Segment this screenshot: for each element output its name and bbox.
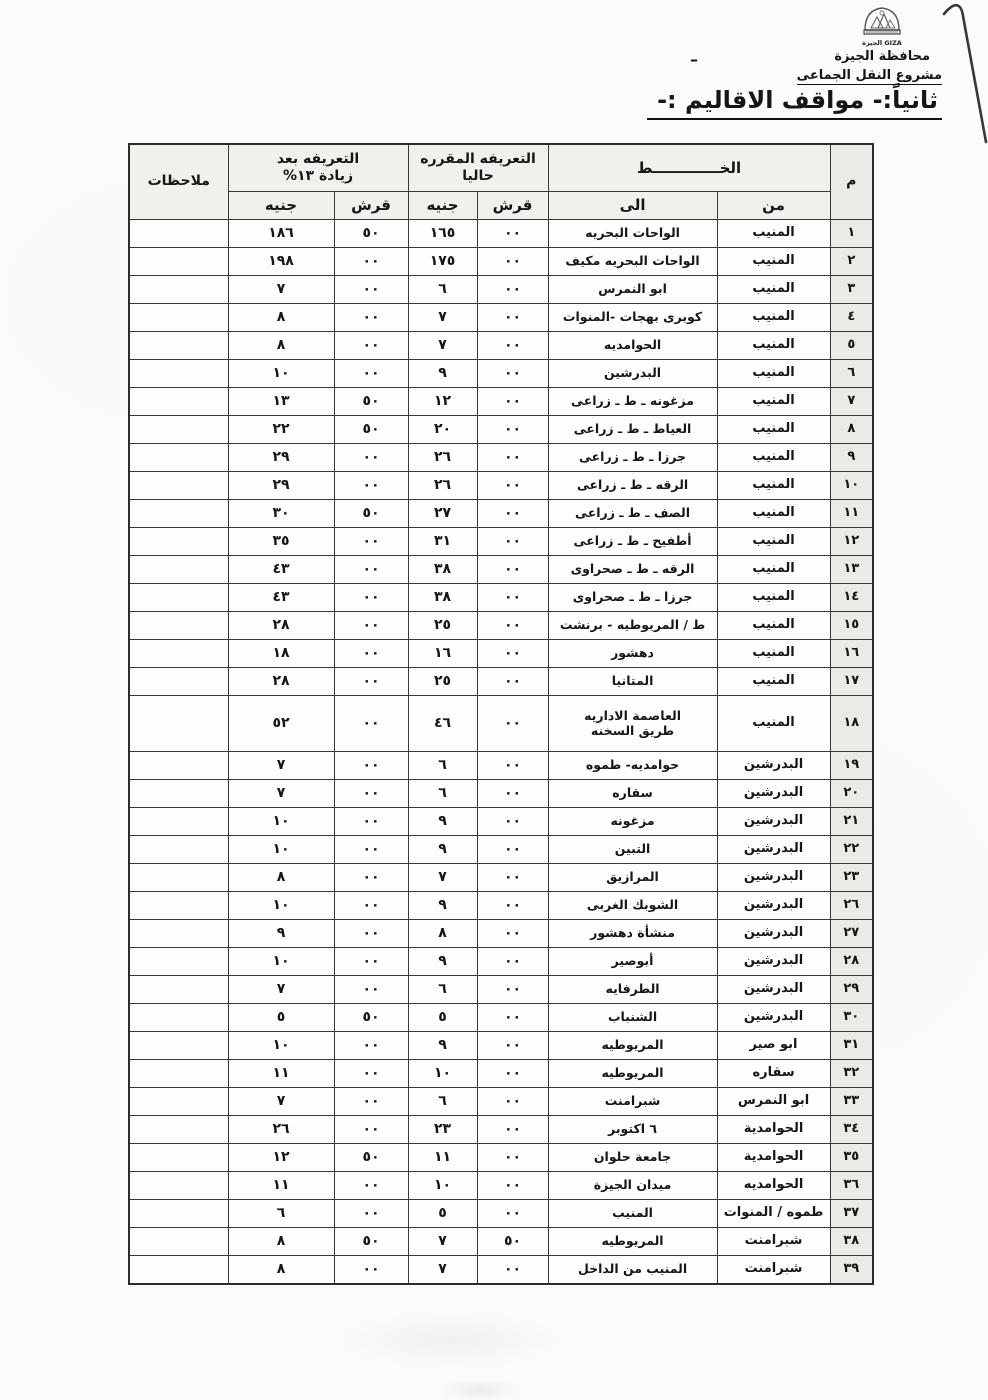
table-row: ١٣المنيبالرقه ـ ط ـ صحراوى٠٠٣٨٠٠٤٣ bbox=[129, 556, 873, 584]
cell-current-pounds: ٧ bbox=[408, 1228, 477, 1256]
cell-new-pounds: ٨ bbox=[228, 864, 334, 892]
cell-to: المنيب من الداخل bbox=[548, 1256, 717, 1285]
table-row: ١١المنيبالصف ـ ط ـ زراعى٠٠٢٧٥٠٣٠ bbox=[129, 500, 873, 528]
table-row: ٢١البدرشينمزغونه٠٠٩٠٠١٠ bbox=[129, 808, 873, 836]
cell-new-piasters: ٠٠ bbox=[334, 1256, 408, 1285]
letterhead: الجيزة GIZA محافظة الجيزة مشروع النقل ال… bbox=[568, 0, 988, 140]
cell-current-piasters: ٠٠ bbox=[477, 304, 548, 332]
cell-notes bbox=[129, 500, 228, 528]
cell-notes bbox=[129, 556, 228, 584]
cell-index: ٧ bbox=[830, 388, 873, 416]
cell-current-pounds: ٢٦ bbox=[408, 444, 477, 472]
header-new-piasters: قرش bbox=[334, 192, 408, 220]
cell-new-piasters: ٥٠ bbox=[334, 1228, 408, 1256]
header-line-group: الخـــــــــــــط bbox=[548, 144, 830, 192]
cell-new-piasters: ٠٠ bbox=[334, 528, 408, 556]
cell-from: ابو النمرس bbox=[717, 1088, 830, 1116]
cell-to: المريوطيه bbox=[548, 1228, 717, 1256]
cell-current-pounds: ٦ bbox=[408, 752, 477, 780]
cell-to: المنيب bbox=[548, 1200, 717, 1228]
table-row: ٦المنيبالبدرشين٠٠٩٠٠١٠ bbox=[129, 360, 873, 388]
cell-from: البدرشين bbox=[717, 836, 830, 864]
cell-index: ٦ bbox=[830, 360, 873, 388]
table-row: ٣٢سقارهالمريوطيه٠٠١٠٠٠١١ bbox=[129, 1060, 873, 1088]
cell-notes bbox=[129, 584, 228, 612]
cell-new-pounds: ٧ bbox=[228, 780, 334, 808]
cell-current-piasters: ٠٠ bbox=[477, 612, 548, 640]
cell-to: دهشور bbox=[548, 640, 717, 668]
cell-new-pounds: ١٢ bbox=[228, 1144, 334, 1172]
cell-index: ١٨ bbox=[830, 696, 873, 752]
cell-current-piasters: ٠٠ bbox=[477, 864, 548, 892]
header-new-pounds: جنيه bbox=[228, 192, 334, 220]
cell-current-pounds: ٩ bbox=[408, 808, 477, 836]
cell-index: ١٦ bbox=[830, 640, 873, 668]
giza-governorate-logo: الجيزة GIZA bbox=[858, 4, 906, 47]
cell-new-piasters: ٠٠ bbox=[334, 1032, 408, 1060]
cell-to: الشوبك الغربى bbox=[548, 892, 717, 920]
cell-new-pounds: ٧ bbox=[228, 752, 334, 780]
cell-from: المنيب bbox=[717, 276, 830, 304]
cell-current-piasters: ٠٠ bbox=[477, 892, 548, 920]
table-row: ١٥المنيبط / المريوطيه - برنشت٠٠٢٥٠٠٢٨ bbox=[129, 612, 873, 640]
cell-index: ٢١ bbox=[830, 808, 873, 836]
cell-notes bbox=[129, 1228, 228, 1256]
cell-to: العياط ـ ط ـ زراعى bbox=[548, 416, 717, 444]
cell-new-pounds: ١٨٦ bbox=[228, 220, 334, 248]
cell-from: البدرشين bbox=[717, 948, 830, 976]
table-row: ٨المنيبالعياط ـ ط ـ زراعى٠٠٢٠٥٠٢٢ bbox=[129, 416, 873, 444]
cell-to: منشأة دهشور bbox=[548, 920, 717, 948]
cell-new-pounds: ٧ bbox=[228, 976, 334, 1004]
cell-index: ٣٣ bbox=[830, 1088, 873, 1116]
cell-from: شبرامنت bbox=[717, 1228, 830, 1256]
cell-new-piasters: ٠٠ bbox=[334, 304, 408, 332]
cell-new-pounds: ٨ bbox=[228, 1256, 334, 1285]
cell-from: البدرشين bbox=[717, 920, 830, 948]
cell-new-piasters: ٠٠ bbox=[334, 920, 408, 948]
cell-index: ١٢ bbox=[830, 528, 873, 556]
cell-from: البدرشين bbox=[717, 864, 830, 892]
cell-notes bbox=[129, 304, 228, 332]
table-row: ٣المنيبابو النمرس٠٠٦٠٠٧ bbox=[129, 276, 873, 304]
cell-new-pounds: ١١ bbox=[228, 1172, 334, 1200]
cell-from: المنيب bbox=[717, 220, 830, 248]
cell-new-pounds: ١٠ bbox=[228, 892, 334, 920]
cell-new-pounds: ١٠ bbox=[228, 948, 334, 976]
cell-new-pounds: ٢٢ bbox=[228, 416, 334, 444]
cell-index: ٢٦ bbox=[830, 892, 873, 920]
table-row: ٧المنيبمزغونه ـ ط ـ زراعى٠٠١٢٥٠١٣ bbox=[129, 388, 873, 416]
giza-emblem-icon bbox=[861, 4, 903, 38]
cell-index: ١٩ bbox=[830, 752, 873, 780]
cell-current-piasters: ٠٠ bbox=[477, 640, 548, 668]
cell-to: التبين bbox=[548, 836, 717, 864]
table-row: ٣٤الحوامدية٦ اكتوبر٠٠٢٣٠٠٢٦ bbox=[129, 1116, 873, 1144]
cell-current-pounds: ١٠ bbox=[408, 1172, 477, 1200]
cell-new-piasters: ٠٠ bbox=[334, 612, 408, 640]
cell-current-piasters: ٠٠ bbox=[477, 696, 548, 752]
cell-new-piasters: ٠٠ bbox=[334, 668, 408, 696]
cell-new-piasters: ٠٠ bbox=[334, 1116, 408, 1144]
cell-to: جامعة حلوان bbox=[548, 1144, 717, 1172]
cell-new-pounds: ١٠ bbox=[228, 360, 334, 388]
cell-notes bbox=[129, 332, 228, 360]
cell-from: المنيب bbox=[717, 612, 830, 640]
cell-new-piasters: ٥٠ bbox=[334, 388, 408, 416]
cell-from: المنيب bbox=[717, 388, 830, 416]
cell-to: الواحات البحريه مكيف bbox=[548, 248, 717, 276]
cell-to: المريوطيه bbox=[548, 1060, 717, 1088]
cell-index: ٣٦ bbox=[830, 1172, 873, 1200]
cell-current-pounds: ٩ bbox=[408, 1032, 477, 1060]
cell-notes bbox=[129, 1060, 228, 1088]
cell-current-piasters: ٠٠ bbox=[477, 808, 548, 836]
cell-new-piasters: ٥٠ bbox=[334, 1144, 408, 1172]
cell-new-piasters: ٠٠ bbox=[334, 248, 408, 276]
cell-index: ٢٣ bbox=[830, 864, 873, 892]
cell-current-piasters: ٠٠ bbox=[477, 1088, 548, 1116]
cell-to: الرقه ـ ط ـ زراعى bbox=[548, 472, 717, 500]
cell-index: ٣٠ bbox=[830, 1004, 873, 1032]
cell-current-pounds: ٥ bbox=[408, 1004, 477, 1032]
cell-index: ١ bbox=[830, 220, 873, 248]
cell-notes bbox=[129, 1200, 228, 1228]
cell-current-pounds: ٢٣ bbox=[408, 1116, 477, 1144]
cell-notes bbox=[129, 276, 228, 304]
cell-to: الطرفايه bbox=[548, 976, 717, 1004]
cell-index: ٢٢ bbox=[830, 836, 873, 864]
org-name-line2: مشروع النقل الجماعى bbox=[797, 68, 942, 85]
table-row: ٢المنيبالواحات البحريه مكيف٠٠١٧٥٠٠١٩٨ bbox=[129, 248, 873, 276]
cell-new-pounds: ٤٣ bbox=[228, 584, 334, 612]
cell-current-piasters: ٠٠ bbox=[477, 1172, 548, 1200]
cell-new-pounds: ٣٠ bbox=[228, 500, 334, 528]
cell-new-pounds: ٦ bbox=[228, 1200, 334, 1228]
cell-current-pounds: ٥ bbox=[408, 1200, 477, 1228]
cell-new-pounds: ٧ bbox=[228, 1088, 334, 1116]
cell-current-pounds: ٦ bbox=[408, 976, 477, 1004]
cell-current-pounds: ٣٨ bbox=[408, 556, 477, 584]
cell-current-pounds: ٨ bbox=[408, 920, 477, 948]
cell-new-pounds: ٢٦ bbox=[228, 1116, 334, 1144]
cell-current-pounds: ١٦ bbox=[408, 640, 477, 668]
cell-new-piasters: ٠٠ bbox=[334, 640, 408, 668]
cell-new-pounds: ٨ bbox=[228, 304, 334, 332]
cell-new-piasters: ٠٠ bbox=[334, 1172, 408, 1200]
cell-from: الحوامدية bbox=[717, 1116, 830, 1144]
cell-new-pounds: ١٠ bbox=[228, 836, 334, 864]
cell-notes bbox=[129, 892, 228, 920]
cell-notes bbox=[129, 640, 228, 668]
cell-notes bbox=[129, 864, 228, 892]
cell-from: البدرشين bbox=[717, 808, 830, 836]
cell-index: ٣٨ bbox=[830, 1228, 873, 1256]
header-from: من bbox=[717, 192, 830, 220]
cell-current-pounds: ٦ bbox=[408, 780, 477, 808]
cell-index: ٨ bbox=[830, 416, 873, 444]
cell-to: ميدان الجيزة bbox=[548, 1172, 717, 1200]
cell-current-piasters: ٠٠ bbox=[477, 556, 548, 584]
cell-current-piasters: ٠٠ bbox=[477, 1032, 548, 1060]
cell-current-pounds: ٢٥ bbox=[408, 668, 477, 696]
cell-new-pounds: ٢٨ bbox=[228, 612, 334, 640]
cell-index: ٣٤ bbox=[830, 1116, 873, 1144]
table-row: ٢٣البدرشينالمرازيق٠٠٧٠٠٨ bbox=[129, 864, 873, 892]
cell-index: ٣١ bbox=[830, 1032, 873, 1060]
cell-current-piasters: ٠٠ bbox=[477, 1200, 548, 1228]
table-row: ١٠المنيبالرقه ـ ط ـ زراعى٠٠٢٦٠٠٢٩ bbox=[129, 472, 873, 500]
cell-new-piasters: ٠٠ bbox=[334, 276, 408, 304]
cell-new-piasters: ٥٠ bbox=[334, 500, 408, 528]
cell-index: ١٠ bbox=[830, 472, 873, 500]
cell-to: ٦ اكتوبر bbox=[548, 1116, 717, 1144]
cell-new-pounds: ٧ bbox=[228, 276, 334, 304]
cell-to: الشنباب bbox=[548, 1004, 717, 1032]
cell-index: ٢٩ bbox=[830, 976, 873, 1004]
cell-to: كوبرى بهجات -المنوات bbox=[548, 304, 717, 332]
cell-notes bbox=[129, 612, 228, 640]
header-current-tariff-group: التعريفه المقرره حاليا bbox=[408, 144, 548, 192]
cell-notes bbox=[129, 1088, 228, 1116]
table-row: ١٦المنيبدهشور٠٠١٦٠٠١٨ bbox=[129, 640, 873, 668]
table-row: ٥المنيبالحوامديه٠٠٧٠٠٨ bbox=[129, 332, 873, 360]
cell-from: البدرشين bbox=[717, 780, 830, 808]
cell-from: ابو صير bbox=[717, 1032, 830, 1060]
table-row: ٤المنيبكوبرى بهجات -المنوات٠٠٧٠٠٨ bbox=[129, 304, 873, 332]
cell-current-pounds: ٣٨ bbox=[408, 584, 477, 612]
cell-notes bbox=[129, 528, 228, 556]
cell-index: ٢٠ bbox=[830, 780, 873, 808]
cell-current-pounds: ٤٦ bbox=[408, 696, 477, 752]
cell-current-pounds: ٢٥ bbox=[408, 612, 477, 640]
cell-notes bbox=[129, 948, 228, 976]
cell-from: المنيب bbox=[717, 668, 830, 696]
cell-index: ٣٧ bbox=[830, 1200, 873, 1228]
cell-new-piasters: ٠٠ bbox=[334, 976, 408, 1004]
table-row: ١المنيبالواحات البحريه٠٠١٦٥٥٠١٨٦ bbox=[129, 220, 873, 248]
cell-new-piasters: ٠٠ bbox=[334, 472, 408, 500]
cell-notes bbox=[129, 1144, 228, 1172]
cell-current-piasters: ٠٠ bbox=[477, 360, 548, 388]
cell-from: الحوامديه bbox=[717, 1172, 830, 1200]
cell-new-pounds: ٥٢ bbox=[228, 696, 334, 752]
cell-notes bbox=[129, 752, 228, 780]
cell-index: ٢٨ bbox=[830, 948, 873, 976]
header-notes: ملاحظات bbox=[129, 144, 228, 220]
cell-index: ٩ bbox=[830, 444, 873, 472]
cell-current-pounds: ٣١ bbox=[408, 528, 477, 556]
cell-notes bbox=[129, 220, 228, 248]
table-row: ٢٩البدرشينالطرفايه٠٠٦٠٠٧ bbox=[129, 976, 873, 1004]
cell-current-piasters: ٥٠ bbox=[477, 1228, 548, 1256]
cell-new-piasters: ٠٠ bbox=[334, 864, 408, 892]
cell-current-pounds: ٢٠ bbox=[408, 416, 477, 444]
cell-current-piasters: ٠٠ bbox=[477, 332, 548, 360]
cell-to: مزغونه ـ ط ـ زراعى bbox=[548, 388, 717, 416]
cell-new-pounds: ١٠ bbox=[228, 808, 334, 836]
cell-index: ١٣ bbox=[830, 556, 873, 584]
cell-from: المنيب bbox=[717, 304, 830, 332]
cell-new-piasters: ٠٠ bbox=[334, 1200, 408, 1228]
cell-notes bbox=[129, 1116, 228, 1144]
cell-notes bbox=[129, 444, 228, 472]
table-row: ٩المنيبجرزا ـ ط ـ زراعى٠٠٢٦٠٠٢٩ bbox=[129, 444, 873, 472]
cell-to: المريوطيه bbox=[548, 1032, 717, 1060]
cell-notes bbox=[129, 472, 228, 500]
cell-current-pounds: ٦ bbox=[408, 276, 477, 304]
cell-current-piasters: ٠٠ bbox=[477, 528, 548, 556]
regional-fares-table: م الخـــــــــــــط التعريفه المقرره حال… bbox=[128, 143, 874, 1285]
header-new-tariff-group: التعريفه بعد زيادة ١٣% bbox=[228, 144, 408, 192]
table-row: ١٧المنيبالمتانيا٠٠٢٥٠٠٢٨ bbox=[129, 668, 873, 696]
table-row: ٣٥الحوامديةجامعة حلوان٠٠١١٥٠١٢ bbox=[129, 1144, 873, 1172]
table-row: ١٩البدرشينحوامديه- طموه٠٠٦٠٠٧ bbox=[129, 752, 873, 780]
cell-index: ٣٢ bbox=[830, 1060, 873, 1088]
cell-new-piasters: ٠٠ bbox=[334, 808, 408, 836]
table-row: ١٤المنيبجرزا ـ ط ـ صحراوى٠٠٣٨٠٠٤٣ bbox=[129, 584, 873, 612]
cell-from: البدرشين bbox=[717, 1004, 830, 1032]
cell-to: البدرشين bbox=[548, 360, 717, 388]
cell-current-pounds: ٩ bbox=[408, 836, 477, 864]
cell-to: سقاره bbox=[548, 780, 717, 808]
cell-new-piasters: ٠٠ bbox=[334, 584, 408, 612]
cell-to: الرقه ـ ط ـ صحراوى bbox=[548, 556, 717, 584]
cell-new-pounds: ٢٩ bbox=[228, 472, 334, 500]
cell-current-pounds: ١١ bbox=[408, 1144, 477, 1172]
header-current-piasters: قرش bbox=[477, 192, 548, 220]
cell-from: المنيب bbox=[717, 416, 830, 444]
table-row: ٢٠البدرشينسقاره٠٠٦٠٠٧ bbox=[129, 780, 873, 808]
cell-current-piasters: ٠٠ bbox=[477, 276, 548, 304]
cell-to: ابو النمرس bbox=[548, 276, 717, 304]
cell-new-piasters: ٠٠ bbox=[334, 332, 408, 360]
cell-new-piasters: ٠٠ bbox=[334, 836, 408, 864]
table-row: ٣٠البدرشينالشنباب٠٠٥٥٠٥ bbox=[129, 1004, 873, 1032]
cell-to: حوامديه- طموه bbox=[548, 752, 717, 780]
cell-to: العاصمة الاداريه طريق السخنه bbox=[548, 696, 717, 752]
cell-current-piasters: ٠٠ bbox=[477, 1256, 548, 1285]
cell-from: المنيب bbox=[717, 248, 830, 276]
cell-from: المنيب bbox=[717, 444, 830, 472]
cell-to: المتانيا bbox=[548, 668, 717, 696]
cell-current-pounds: ٦ bbox=[408, 1088, 477, 1116]
logo-caption: الجيزة GIZA bbox=[858, 39, 906, 47]
cell-current-piasters: ٠٠ bbox=[477, 388, 548, 416]
cell-current-pounds: ٧ bbox=[408, 1256, 477, 1285]
cell-new-piasters: ٠٠ bbox=[334, 780, 408, 808]
org-name-line1: محافظة الجيزة bbox=[834, 49, 930, 64]
table-row: ٣٣ابو النمرسشبرامنت٠٠٦٠٠٧ bbox=[129, 1088, 873, 1116]
cell-from: المنيب bbox=[717, 584, 830, 612]
cell-notes bbox=[129, 696, 228, 752]
cell-to: جرزا ـ ط ـ زراعى bbox=[548, 444, 717, 472]
header-index: م bbox=[830, 144, 873, 220]
cell-from: البدرشين bbox=[717, 976, 830, 1004]
table-row: ٢٢البدرشينالتبين٠٠٩٠٠١٠ bbox=[129, 836, 873, 864]
table-body: ١المنيبالواحات البحريه٠٠١٦٥٥٠١٨٦٢المنيبا… bbox=[129, 220, 873, 1285]
cell-from: شبرامنت bbox=[717, 1256, 830, 1285]
cell-index: ٣٩ bbox=[830, 1256, 873, 1285]
cell-from: المنيب bbox=[717, 472, 830, 500]
cell-to: أطفيح ـ ط ـ زراعى bbox=[548, 528, 717, 556]
cell-notes bbox=[129, 920, 228, 948]
cell-notes bbox=[129, 836, 228, 864]
cell-current-piasters: ٠٠ bbox=[477, 668, 548, 696]
cell-new-piasters: ٥٠ bbox=[334, 220, 408, 248]
cell-notes bbox=[129, 808, 228, 836]
cell-current-pounds: ٧ bbox=[408, 332, 477, 360]
scanned-page: الجيزة GIZA محافظة الجيزة مشروع النقل ال… bbox=[0, 0, 988, 1400]
table-row: ٢٦البدرشينالشوبك الغربى٠٠٩٠٠١٠ bbox=[129, 892, 873, 920]
cell-notes bbox=[129, 1004, 228, 1032]
cell-notes bbox=[129, 976, 228, 1004]
cell-from: البدرشين bbox=[717, 752, 830, 780]
table-row: ١٨المنيبالعاصمة الاداريه طريق السخنه٠٠٤٦… bbox=[129, 696, 873, 752]
cell-from: البدرشين bbox=[717, 892, 830, 920]
cell-new-piasters: ٠٠ bbox=[334, 696, 408, 752]
cell-from: المنيب bbox=[717, 360, 830, 388]
cell-index: ١١ bbox=[830, 500, 873, 528]
section-title: ثانياً:- مواقف الاقاليم :- bbox=[647, 86, 942, 120]
cell-index: ٥ bbox=[830, 332, 873, 360]
cell-current-piasters: ٠٠ bbox=[477, 584, 548, 612]
cell-to: أبوصير bbox=[548, 948, 717, 976]
cell-new-pounds: ٩ bbox=[228, 920, 334, 948]
cell-index: ٢ bbox=[830, 248, 873, 276]
cell-current-piasters: ٠٠ bbox=[477, 248, 548, 276]
cell-new-pounds: ٣٥ bbox=[228, 528, 334, 556]
cell-from: المنيب bbox=[717, 528, 830, 556]
cell-to: شبرامنت bbox=[548, 1088, 717, 1116]
cell-new-piasters: ٠٠ bbox=[334, 1060, 408, 1088]
cell-from: المنيب bbox=[717, 696, 830, 752]
cell-notes bbox=[129, 360, 228, 388]
table-row: ٣١ابو صيرالمريوطيه٠٠٩٠٠١٠ bbox=[129, 1032, 873, 1060]
cell-new-pounds: ١٠ bbox=[228, 1032, 334, 1060]
cell-new-piasters: ٠٠ bbox=[334, 444, 408, 472]
cell-new-pounds: ١٣ bbox=[228, 388, 334, 416]
cell-new-piasters: ٠٠ bbox=[334, 360, 408, 388]
header-current-pounds: جنيه bbox=[408, 192, 477, 220]
cell-new-pounds: ٥ bbox=[228, 1004, 334, 1032]
cell-current-pounds: ٧ bbox=[408, 304, 477, 332]
cell-current-pounds: ١٦٥ bbox=[408, 220, 477, 248]
cell-to: الحوامديه bbox=[548, 332, 717, 360]
table-row: ١٢المنيبأطفيح ـ ط ـ زراعى٠٠٣١٠٠٣٥ bbox=[129, 528, 873, 556]
cell-current-pounds: ٧ bbox=[408, 864, 477, 892]
cell-notes bbox=[129, 248, 228, 276]
cell-current-piasters: ٠٠ bbox=[477, 444, 548, 472]
cell-notes bbox=[129, 780, 228, 808]
cell-current-piasters: ٠٠ bbox=[477, 920, 548, 948]
margin-dash: – bbox=[690, 50, 698, 69]
cell-current-piasters: ٠٠ bbox=[477, 948, 548, 976]
cell-new-pounds: ١١ bbox=[228, 1060, 334, 1088]
cell-current-pounds: ٢٦ bbox=[408, 472, 477, 500]
table-row: ٣٨شبرامنتالمريوطيه٥٠٧٥٠٨ bbox=[129, 1228, 873, 1256]
cell-current-piasters: ٠٠ bbox=[477, 1144, 548, 1172]
cell-current-piasters: ٠٠ bbox=[477, 836, 548, 864]
cell-to: مزغونه bbox=[548, 808, 717, 836]
cell-new-piasters: ٠٠ bbox=[334, 1088, 408, 1116]
cell-current-pounds: ٢٧ bbox=[408, 500, 477, 528]
cell-notes bbox=[129, 1172, 228, 1200]
cell-notes bbox=[129, 416, 228, 444]
cell-new-piasters: ٠٠ bbox=[334, 752, 408, 780]
cell-from: المنيب bbox=[717, 332, 830, 360]
cell-notes bbox=[129, 388, 228, 416]
